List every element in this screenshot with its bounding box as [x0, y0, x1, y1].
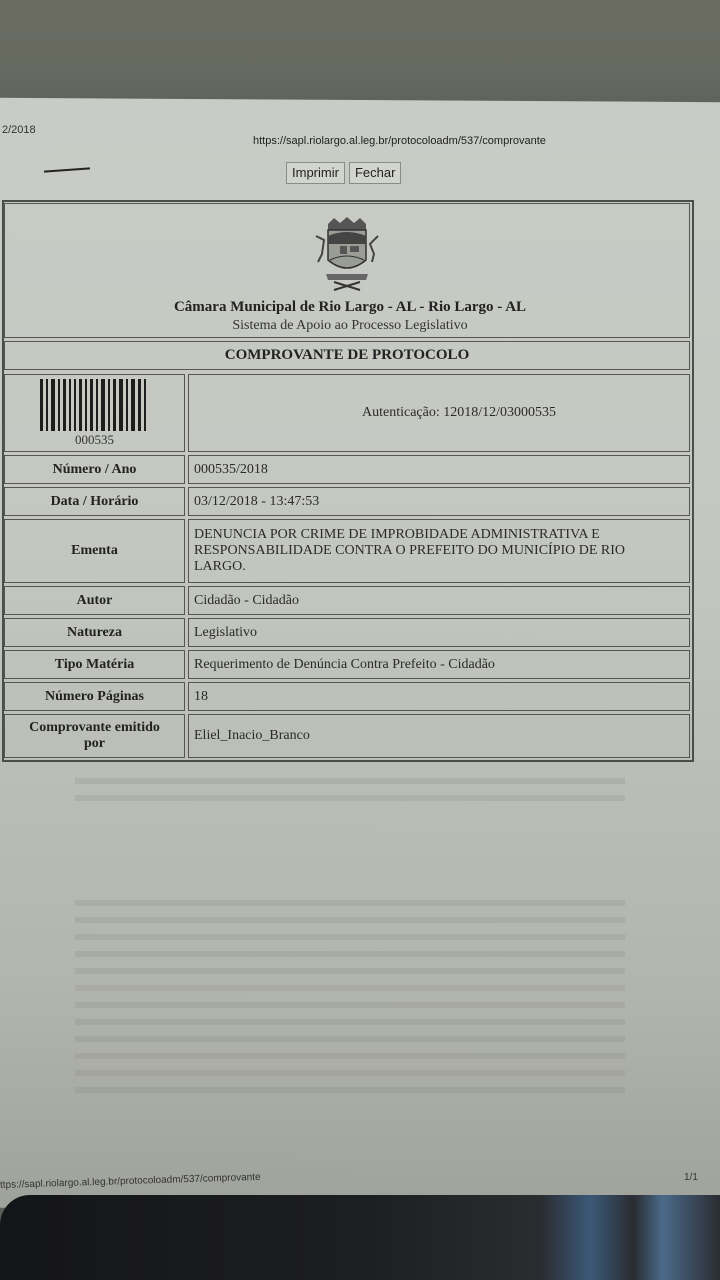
field-label: Natureza	[4, 618, 185, 647]
field-value: 000535/2018	[188, 455, 690, 484]
field-row-numero-ano: Número / Ano 000535/2018	[4, 455, 690, 484]
receipt-title: COMPROVANTE DE PROTOCOLO	[4, 341, 690, 370]
field-label: Data / Horário	[4, 487, 185, 516]
background-surface	[0, 0, 720, 110]
print-button[interactable]: Imprimir	[286, 162, 345, 184]
print-header-url: https://sapl.riolargo.al.leg.br/protocol…	[253, 135, 546, 147]
field-row-data-horario: Data / Horário 03/12/2018 - 13:47:53	[4, 487, 690, 516]
field-value: 03/12/2018 - 13:47:53	[188, 487, 690, 516]
page-number: 1/1	[684, 1172, 698, 1183]
field-label: Comprovante emitido por	[4, 714, 185, 758]
field-row-emitido-por: Comprovante emitido por Eliel_Inacio_Bra…	[4, 714, 690, 758]
barcode-cell: 000535	[4, 374, 185, 452]
field-row-tipo-materia: Tipo Matéria Requerimento de Denúncia Co…	[4, 650, 690, 679]
field-label: Número Páginas	[4, 682, 185, 711]
field-value: Cidadão - Cidadão	[188, 586, 690, 615]
fabric-background	[0, 1195, 720, 1280]
field-value: Legislativo	[188, 618, 690, 647]
action-buttons: Imprimir Fechar	[286, 162, 401, 184]
barcode-icon	[40, 379, 149, 431]
field-row-ementa: Ementa DENUNCIA POR CRIME DE IMPROBIDADE…	[4, 519, 690, 583]
field-value: DENUNCIA POR CRIME DE IMPROBIDADE ADMINI…	[188, 519, 690, 583]
field-label: Tipo Matéria	[4, 650, 185, 679]
field-value: 18	[188, 682, 690, 711]
field-row-natureza: Natureza Legislativo	[4, 618, 690, 647]
print-date: 2/2018	[2, 124, 36, 136]
field-row-numero-paginas: Número Páginas 18	[4, 682, 690, 711]
barcode-row: 000535 Autenticação: 12018/12/03000535	[4, 374, 690, 452]
field-label: Autor	[4, 586, 185, 615]
authentication-code: Autenticação: 12018/12/03000535	[188, 374, 690, 452]
field-label: Ementa	[4, 519, 185, 583]
system-name: Sistema de Apoio ao Processo Legislativo	[0, 318, 700, 334]
barcode-number: 000535	[75, 432, 114, 448]
field-row-autor: Autor Cidadão - Cidadão	[4, 586, 690, 615]
field-value: Requerimento de Denúncia Contra Prefeito…	[188, 650, 690, 679]
org-name: Câmara Municipal de Rio Largo - AL - Rio…	[0, 299, 700, 316]
municipal-coat-of-arms-icon	[308, 214, 386, 294]
field-value: Eliel_Inacio_Branco	[188, 714, 690, 758]
field-label: Número / Ano	[4, 455, 185, 484]
close-button[interactable]: Fechar	[349, 162, 401, 184]
